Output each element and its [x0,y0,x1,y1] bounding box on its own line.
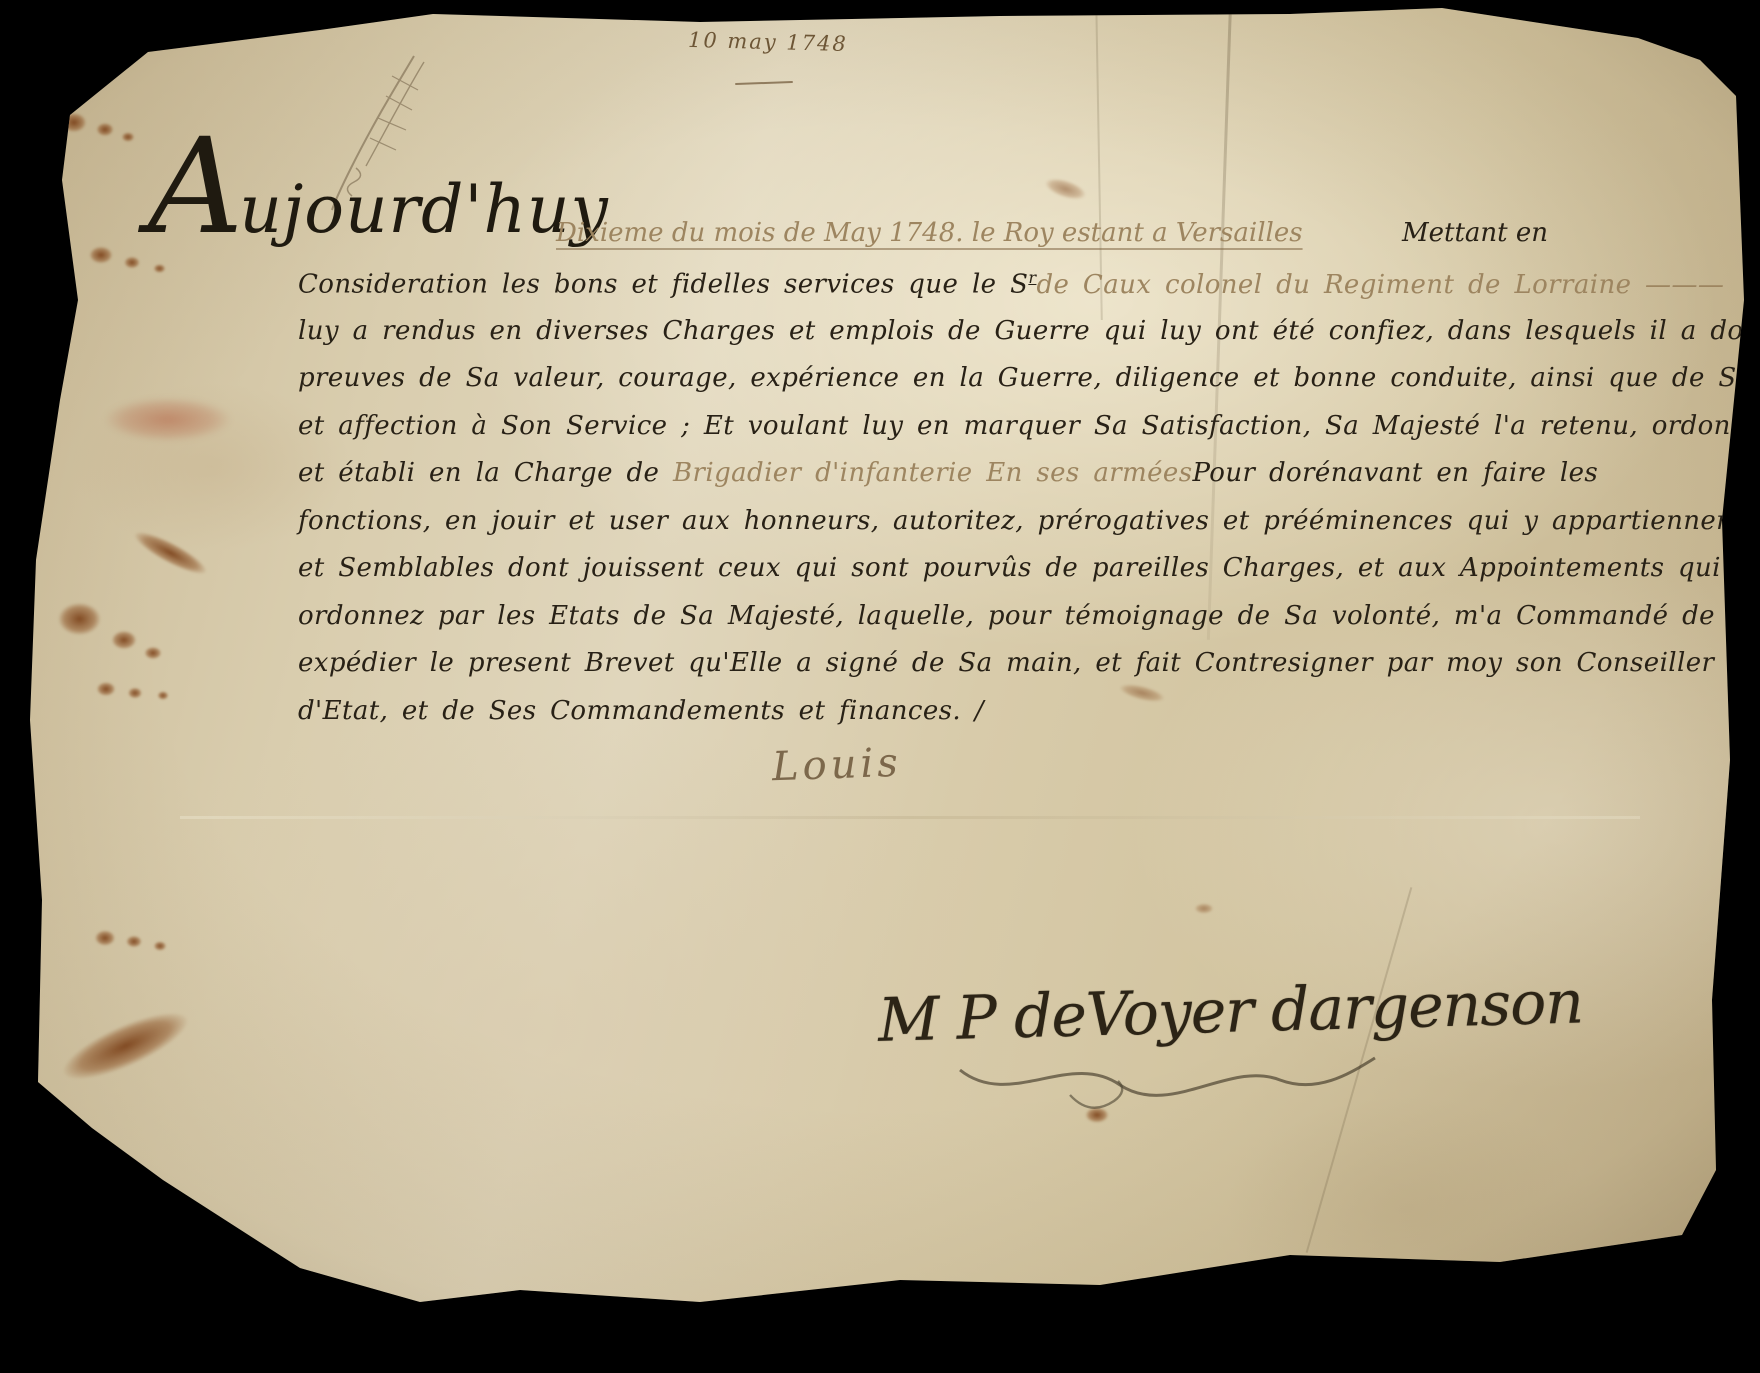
filled-officer-name: de Caux colonel du Regiment de Lorraine … [1036,270,1724,300]
body-line-5: et affection à Son Service ; Et voulant … [298,411,1536,459]
stain-blot [108,628,140,652]
line2-dark-text: Consideration les bons et fidelles servi… [298,270,1028,300]
crease-horizontal-fold [180,816,1640,819]
royal-signature: Louis [771,740,902,790]
stain-blot [94,121,116,138]
stain-blot [86,244,116,266]
stain-blot [120,131,136,143]
stain-dots [92,928,118,948]
stain-smear [118,517,223,589]
body-line-10: expédier le present Brevet qu'Elle a sig… [298,648,1536,696]
stain-dots [156,690,170,701]
body-line-1: Dixieme du mois de May 1748. le Roy esta… [556,218,1548,248]
parchment-sheet: 10 may 1748 Aujourd'huy Dixieme du mois … [0,0,1760,1373]
body-line-4: preuves de Sa valeur, courage, expérienc… [298,363,1536,411]
photo-backdrop: { "colors": { "backdrop": "#000000", "pa… [0,0,1760,1373]
stain-smear [35,987,216,1106]
stain-dots [126,686,144,700]
opening-word-rest: ujourd'huy [239,171,608,248]
crease-diagonal-bottom-right [1306,887,1413,1253]
stain-blot [122,255,142,270]
body-line-2: Consideration les bons et fidelles servi… [298,268,1536,316]
body-line-8: et Semblables dont jouissent ceux qui so… [298,553,1536,601]
superscript-r: r [1028,268,1036,287]
stain-blot [1192,902,1216,915]
opening-word: Aujourd'huy [148,138,609,248]
archival-note-underline [735,81,793,85]
line6-dark-text: et établi en la Charge de [298,458,659,488]
stain-dots [124,934,144,949]
body-line-7: fonctions, en jouir et user aux honneurs… [298,506,1536,554]
line1-dark-text: Mettant en [1402,218,1548,248]
filled-rank: Brigadier d'infanterie En ses armées [673,458,1192,488]
brevet-body: Consideration les bons et fidelles servi… [298,268,1536,743]
stain-blot [152,263,167,274]
body-line-3: luy a rendus en diverses Charges et empl… [298,316,1536,364]
stain-dots [94,680,118,698]
stain-blot [1082,1105,1112,1125]
line6-right-text: Pour dorénavant en faire les [1192,458,1598,488]
stain-smear [1036,170,1095,208]
body-line-9: ordonnez par les Etats de Sa Majesté, la… [298,601,1536,649]
body-line-6: et établi en la Charge de Brigadier d'in… [298,458,1536,506]
stain-red-patch [88,392,248,447]
stain-dots [152,940,168,952]
body-line-11: d'Etat, et de Ses Commandements et finan… [298,696,1536,744]
filled-date-place: Dixieme du mois de May 1748. le Roy esta… [556,218,1303,248]
stain-blot [58,110,90,135]
archival-date-note: 10 may 1748 [688,28,848,56]
opening-initial: A [148,110,239,264]
countersignature: M P deVoyer dargenson [877,970,1479,1056]
stain-blot [52,598,107,640]
stain-blot [142,645,164,661]
